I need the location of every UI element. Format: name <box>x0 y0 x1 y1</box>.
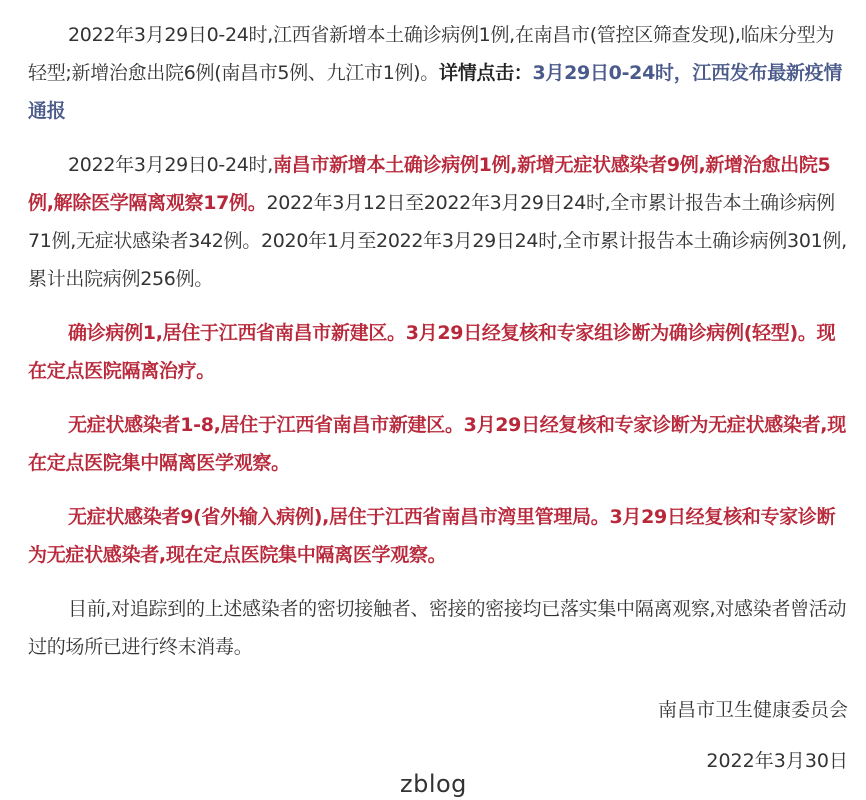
paragraph-city-summary: 2022年3月29日0-24时,南昌市新增本土确诊病例1例,新增无症状感染者9例… <box>28 146 848 298</box>
watermark: zblog <box>400 770 467 798</box>
paragraph-confirmed-case: 确诊病例1,居住于江西省南昌市新建区。3月29日经复核和专家组诊断为确诊病例(轻… <box>28 314 848 390</box>
paragraph-asymptomatic-9: 无症状感染者9(省外输入病例),居住于江西省南昌市湾里管理局。3月29日经复核和… <box>28 498 848 574</box>
paragraph-contact-tracing: 目前,对追踪到的上述感染者的密切接触者、密接的密接均已落实集中隔离观察,对感染者… <box>28 590 848 666</box>
signature-date: 2022年3月30日 <box>706 746 848 773</box>
paragraph-asymptomatic-1-8: 无症状感染者1-8,居住于江西省南昌市新建区。3月29日经复核和专家诊断为无症状… <box>28 406 848 482</box>
city-summary-date: 2022年3月29日0-24时, <box>68 154 273 176</box>
signature-org: 南昌市卫生健康委员会 <box>658 695 848 722</box>
notice-document: 2022年3月29日0-24时,江西省新增本土确诊病例1例,在南昌市(管控区筛查… <box>28 16 848 682</box>
paragraph-province-summary: 2022年3月29日0-24时,江西省新增本土确诊病例1例,在南昌市(管控区筛查… <box>28 16 848 130</box>
detail-label: 详情点击： <box>439 62 533 84</box>
